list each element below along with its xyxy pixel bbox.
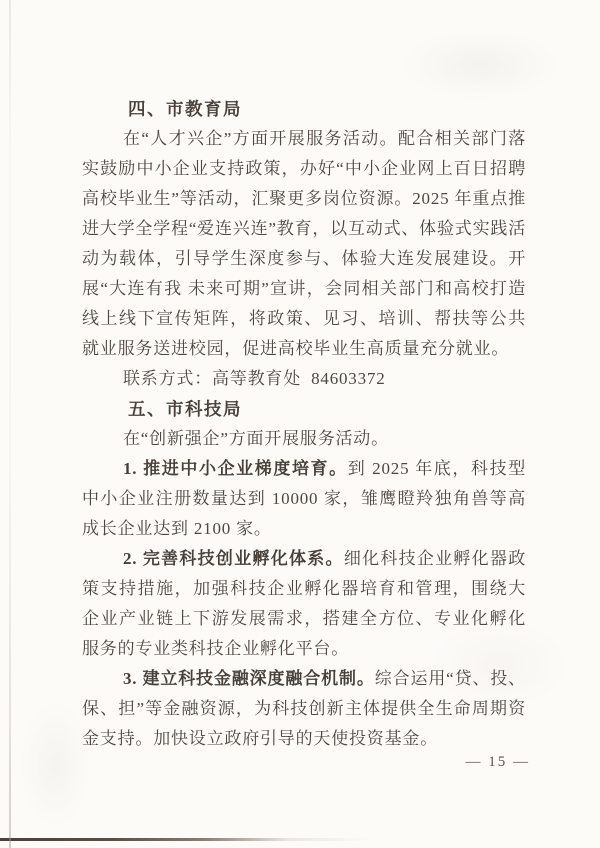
document-content: 四、市教育局 在“人才兴企”方面开展服务活动。配合相关部门落实鼓励中小企业支持政…	[82, 94, 526, 754]
paragraph-text: 在“创新强企”方面开展服务活动。	[123, 429, 389, 448]
scan-edge-artifact-bottom	[0, 838, 370, 841]
paragraph-lead-bold: 3. 建立科技金融深度融合机制。	[123, 669, 375, 688]
paragraph-item-3-tech-finance: 3. 建立科技金融深度融合机制。综合运用“贷、投、保、担”等金融资源，为科技创新…	[82, 664, 526, 754]
paragraph-innovation-services: 在“创新强企”方面开展服务活动。	[82, 424, 526, 454]
scan-smudge	[400, 30, 560, 100]
scan-edge-artifact-left	[9, 0, 11, 848]
scan-smudge	[20, 700, 90, 830]
page-footer: — 15 —	[466, 752, 531, 772]
contact-text: 联系方式：高等教育处 84603372	[123, 369, 386, 388]
paragraph-item-2-incubation-system: 2. 完善科技创业孵化体系。细化科技企业孵化器政策支持措施，加强科技企业孵化器培…	[82, 544, 526, 664]
scanned-document-page: 四、市教育局 在“人才兴企”方面开展服务活动。配合相关部门落实鼓励中小企业支持政…	[0, 0, 600, 848]
page-number: — 15 —	[466, 754, 531, 770]
paragraph-contact-info: 联系方式：高等教育处 84603372	[82, 364, 526, 394]
paragraph-education-services: 在“人才兴企”方面开展服务活动。配合相关部门落实鼓励中小企业支持政策，办好“中小…	[82, 124, 526, 364]
paragraph-lead-bold: 1. 推进中小企业梯度培育。	[123, 459, 348, 478]
paragraph-item-1-gradient-cultivation: 1. 推进中小企业梯度培育。到 2025 年底，科技型中小企业注册数量达到 10…	[82, 454, 526, 544]
section-heading-science-tech-bureau: 五、市科技局	[82, 394, 526, 424]
paragraph-text: 在“人才兴企”方面开展服务活动。配合相关部门落实鼓励中小企业支持政策，办好“中小…	[82, 129, 526, 358]
section-heading-education-bureau: 四、市教育局	[82, 94, 526, 124]
paragraph-lead-bold: 2. 完善科技创业孵化体系。	[123, 549, 344, 568]
